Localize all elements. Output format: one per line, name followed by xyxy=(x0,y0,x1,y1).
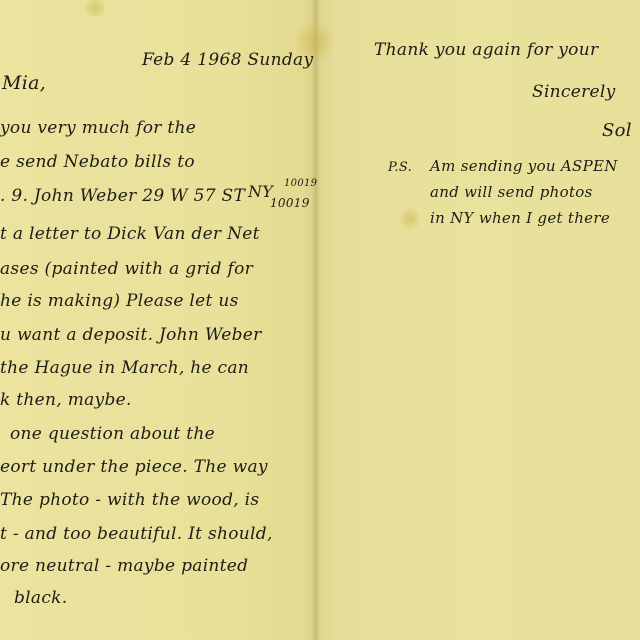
paper-stain xyxy=(400,205,420,233)
letter-date: Feb 4 1968 Sunday xyxy=(142,50,313,70)
letter-line: you very much for the xyxy=(0,118,196,138)
letter-line: . 9. John Weber 29 W 57 ST xyxy=(0,186,245,206)
letter-line: t a letter to Dick Van der Net xyxy=(0,224,260,244)
letter-line: t - and too beautiful. It should, xyxy=(0,524,273,544)
address-zip-top: 10019 xyxy=(284,178,317,189)
letter-line: he is making) Please let us xyxy=(0,291,239,311)
closing-line: Thank you again for your xyxy=(374,40,598,60)
letter-line: e send Nebato bills to xyxy=(0,152,195,172)
paper-stain xyxy=(80,0,110,16)
address-zip: 10019 xyxy=(270,196,310,210)
letter-line: eort under the piece. The way xyxy=(0,457,268,477)
letter-line: the Hague in March, he can xyxy=(0,358,249,378)
letter-line: u want a deposit. John Weber xyxy=(0,325,262,345)
letter-line: black. xyxy=(14,588,67,608)
ps-label: P.S. xyxy=(388,160,412,175)
letter-page-left xyxy=(0,0,316,640)
letter-line: ases (painted with a grid for xyxy=(0,259,253,279)
ps-line: and will send photos xyxy=(430,183,593,201)
signature: Sol xyxy=(602,120,632,141)
letter-salutation: Mia, xyxy=(2,72,46,94)
ps-line: in NY when I get there xyxy=(430,209,610,227)
letter-line: ore neutral - maybe painted xyxy=(0,556,248,576)
letter-line: one question about the xyxy=(10,424,215,444)
page-fold xyxy=(312,0,320,640)
letter-line: k then, maybe. xyxy=(0,390,132,410)
ps-line: Am sending you ASPEN xyxy=(430,157,618,175)
signoff: Sincerely xyxy=(532,82,616,102)
letter-line: The photo - with the wood, is xyxy=(0,490,259,510)
